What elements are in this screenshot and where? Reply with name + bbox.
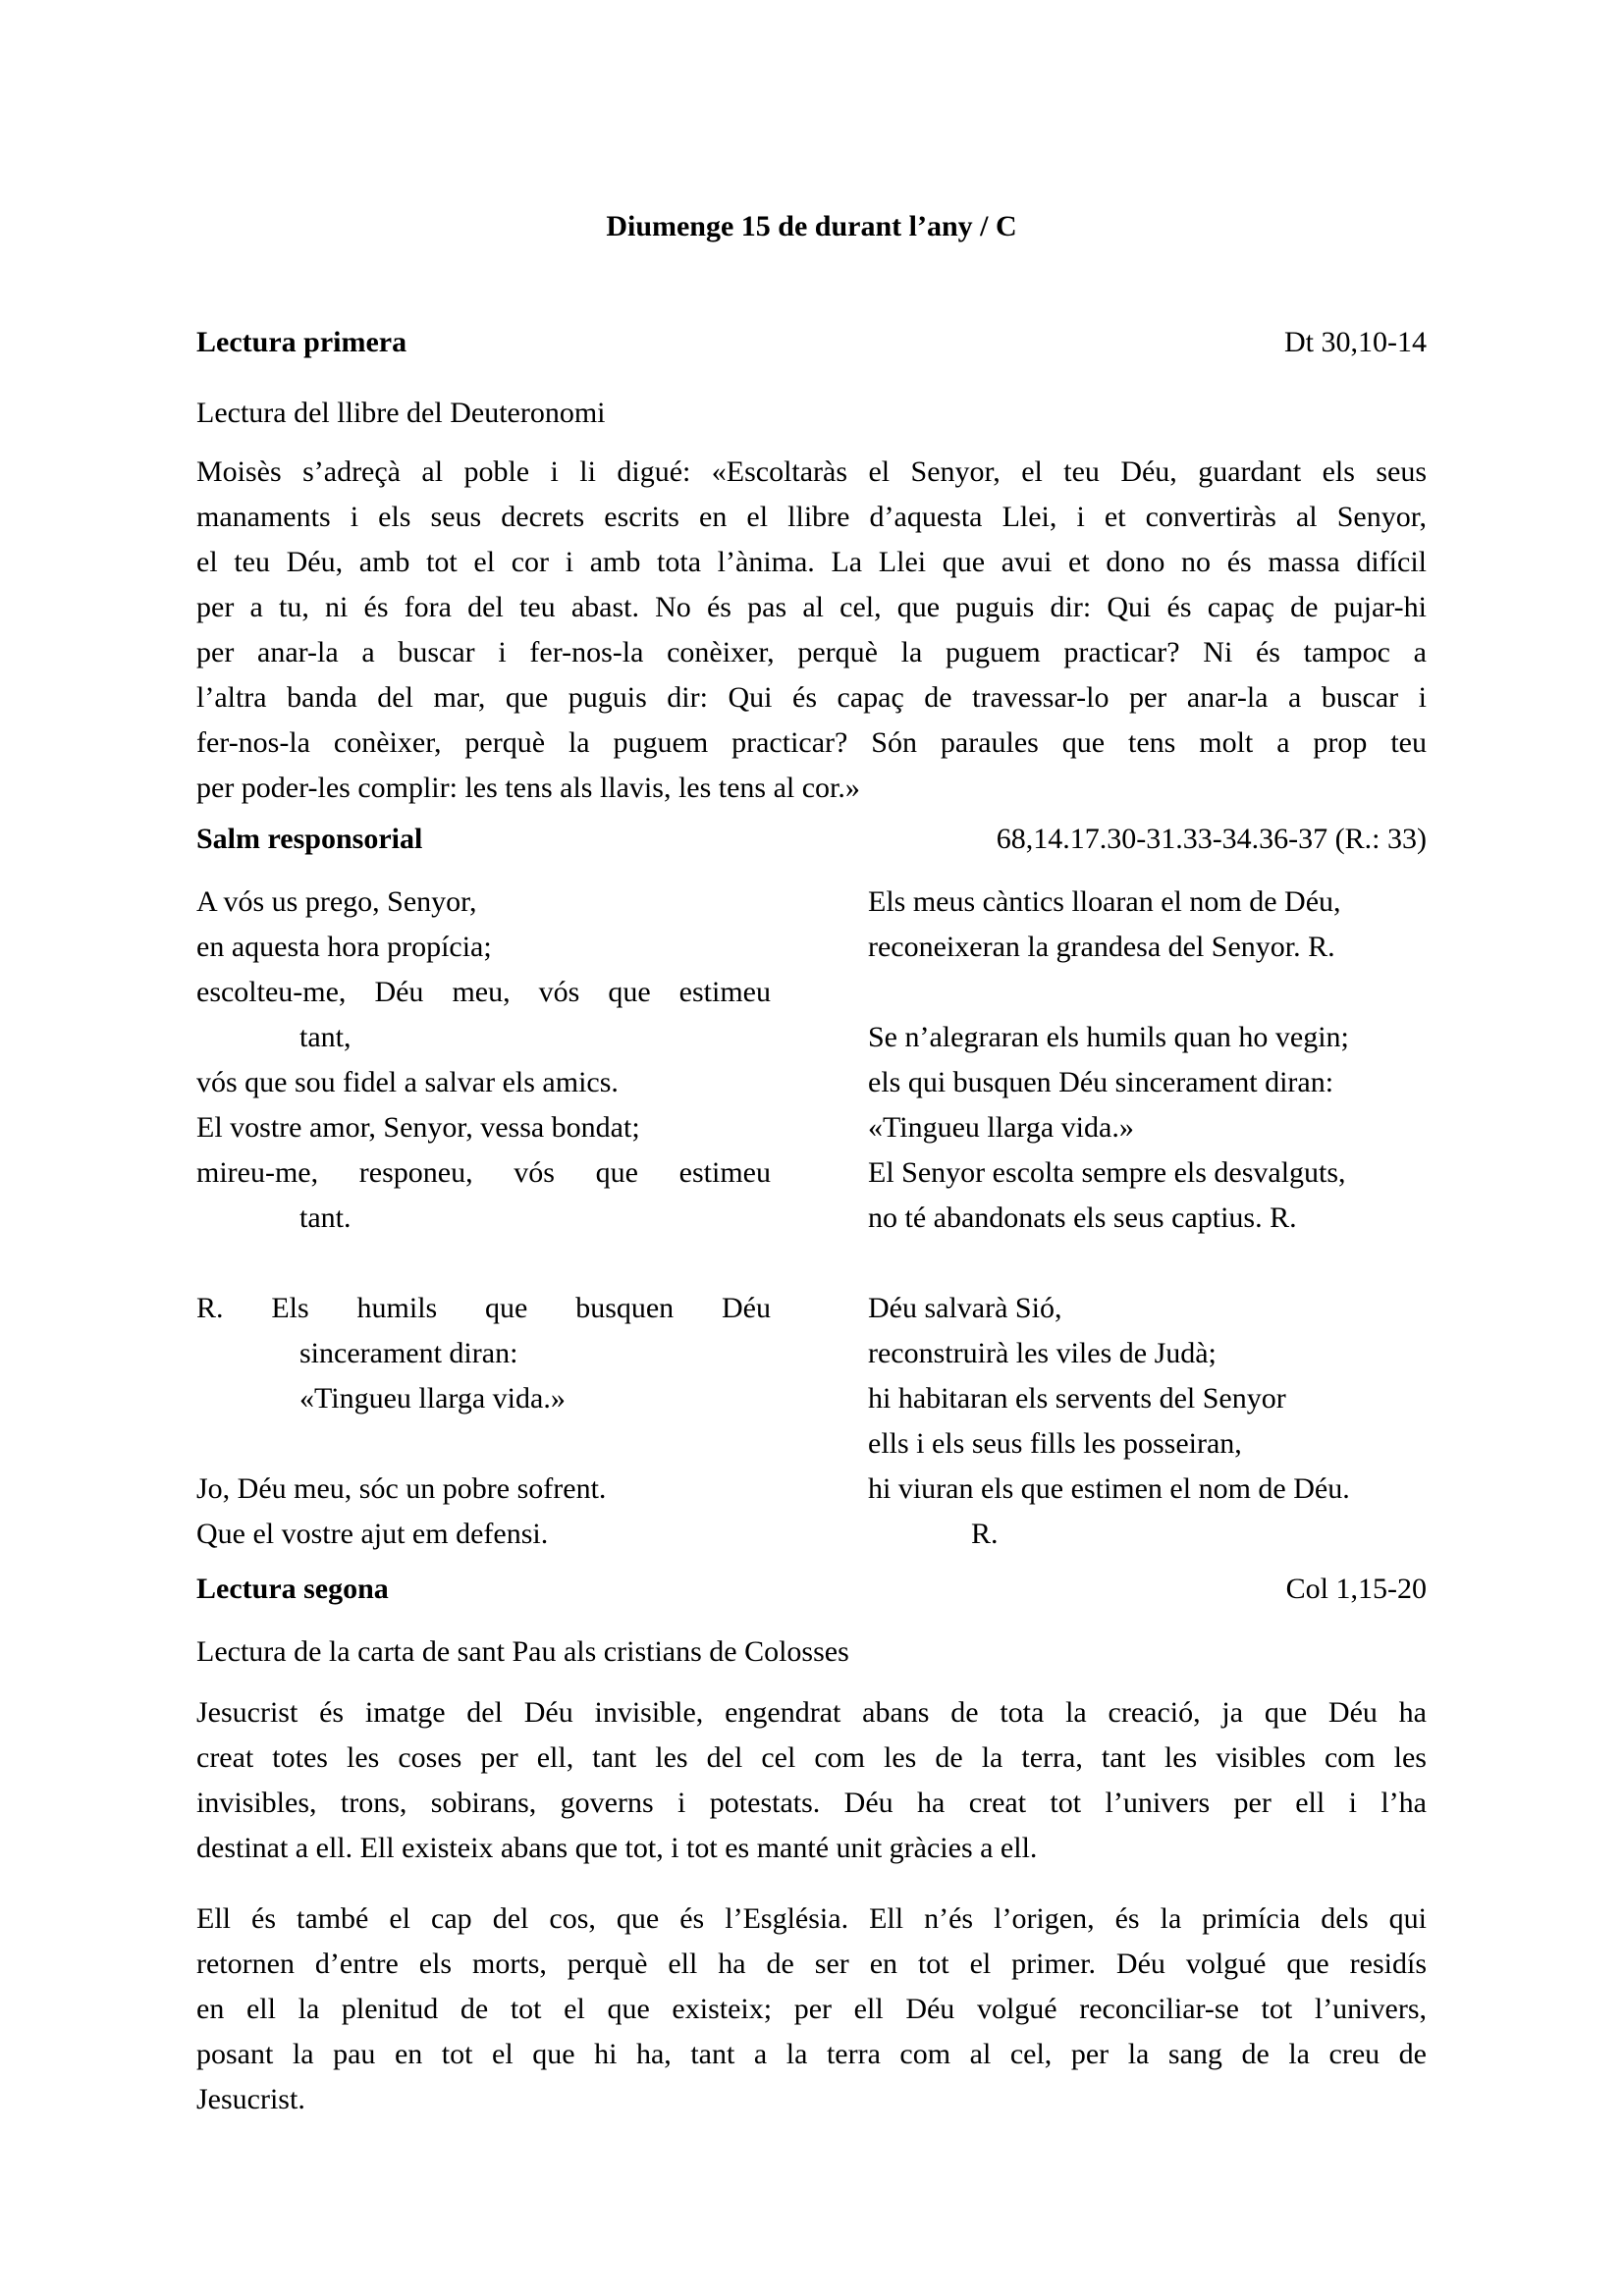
paragraph-line: Jesucrist. — [196, 2077, 1427, 2122]
paragraph-line: per anar-la a buscar i fer-nos-la conèix… — [196, 630, 1427, 675]
paragraph-line: l’altra banda del mar, que puguis dir: Q… — [196, 675, 1427, 721]
psalm-line: escolteu-me, Déu meu, vós que estimeu — [196, 970, 771, 1015]
paragraph-line: destinat a ell. Ell existeix abans que t… — [196, 1826, 1427, 1871]
psalm-line: en aquesta hora propícia; — [196, 925, 771, 970]
psalm-line: sincerament diran: — [196, 1331, 771, 1376]
psalm-line: «Tingueu llarga vida.» — [868, 1105, 1427, 1150]
paragraph-line: Ell és també el cap del cos, que és l’Es… — [196, 1896, 1427, 1942]
paragraph-line: per poder-les complir: les tens als llav… — [196, 766, 1427, 811]
psalm-line: tant, — [196, 1015, 771, 1060]
psalm-stanza: Jo, Déu meu, sóc un pobre sofrent.Que el… — [196, 1467, 771, 1557]
psalm-heading-row: Salm responsorial 68,14.17.30-31.33-34.3… — [196, 817, 1427, 862]
psalm-line: vós que sou fidel a salvar els amics. — [196, 1060, 771, 1105]
psalm-line: El Senyor escolta sempre els desvalguts, — [868, 1150, 1427, 1196]
paragraph-line: Jesucrist és imatge del Déu invisible, e… — [196, 1690, 1427, 1735]
paragraph-line: fer-nos-la conèixer, perquè la puguem pr… — [196, 721, 1427, 766]
paragraph-line: en ell la plenitud de tot el que existei… — [196, 1987, 1427, 2032]
second-reading-paragraph-1: Jesucrist és imatge del Déu invisible, e… — [196, 1690, 1427, 1871]
first-reading-reference: Dt 30,10-14 — [1284, 320, 1427, 365]
psalm-line: «Tingueu llarga vida.» — [196, 1376, 771, 1421]
psalm-stanza: Déu salvarà Sió,reconstruirà les viles d… — [868, 1286, 1427, 1557]
paragraph-line: retornen d’entre els morts, perquè ell h… — [196, 1942, 1427, 1987]
psalm-line: hi viuran els que estimen el nom de Déu. — [868, 1467, 1427, 1512]
first-reading-heading: Lectura primera — [196, 320, 406, 365]
second-reading-source-line: Lectura de la carta de sant Pau als cris… — [196, 1629, 1427, 1675]
psalm-stanza: Els meus càntics lloaran el nom de Déu,r… — [868, 880, 1427, 970]
psalm-line: R. Els humils que busquen Déu — [196, 1286, 771, 1331]
psalm-reference: 68,14.17.30-31.33-34.36-37 (R.: 33) — [997, 817, 1427, 862]
psalm-line: Déu salvarà Sió, — [868, 1286, 1427, 1331]
first-reading-heading-row: Lectura primera Dt 30,10-14 — [196, 320, 1427, 365]
second-reading-heading: Lectura segona — [196, 1567, 389, 1612]
psalm-line: Jo, Déu meu, sóc un pobre sofrent. — [196, 1467, 771, 1512]
paragraph-line: el teu Déu, amb tot el cor i amb tota l’… — [196, 540, 1427, 585]
paragraph-line: manaments i els seus decrets escrits en … — [196, 495, 1427, 540]
paragraph-line: Moisès s’adreçà al poble i li digué: «Es… — [196, 450, 1427, 495]
psalm-line: tant. — [196, 1196, 771, 1241]
psalm-column-right: Els meus càntics lloaran el nom de Déu,r… — [868, 880, 1427, 1557]
psalm-line: els qui busquen Déu sincerament diran: — [868, 1060, 1427, 1105]
psalm-line: A vós us prego, Senyor, — [196, 880, 771, 925]
psalm-stanza: Se n’alegraran els humils quan ho vegin;… — [868, 1015, 1427, 1241]
second-reading-reference: Col 1,15-20 — [1286, 1567, 1427, 1612]
paragraph-line: invisibles, trons, sobirans, governs i p… — [196, 1781, 1427, 1826]
psalm-line: El vostre amor, Senyor, vessa bondat; — [196, 1105, 771, 1150]
psalm-stanza: R. Els humils que busquen Déusincerament… — [196, 1286, 771, 1421]
paragraph-line: creat totes les coses per ell, tant les … — [196, 1735, 1427, 1781]
psalm-line: R. — [868, 1512, 1427, 1557]
psalm-line: mireu-me, responeu, vós que estimeu — [196, 1150, 771, 1196]
psalm-line: Se n’alegraran els humils quan ho vegin; — [868, 1015, 1427, 1060]
psalm-line: reconstruirà les viles de Judà; — [868, 1331, 1427, 1376]
psalm-heading: Salm responsorial — [196, 817, 422, 862]
psalm-line: no té abandonats els seus captius. R. — [868, 1196, 1427, 1241]
first-reading-source-line: Lectura del llibre del Deuteronomi — [196, 391, 1427, 436]
second-reading-paragraph-2: Ell és també el cap del cos, que és l’Es… — [196, 1896, 1427, 2122]
psalm-line: ells i els seus fills les posseiran, — [868, 1421, 1427, 1467]
psalm-line: Els meus càntics lloaran el nom de Déu, — [868, 880, 1427, 925]
psalm-column-left: A vós us prego, Senyor,en aquesta hora p… — [196, 880, 771, 1557]
psalm-line: hi habitaran els servents del Senyor — [868, 1376, 1427, 1421]
psalm-line: Que el vostre ajut em defensi. — [196, 1512, 771, 1557]
psalm-line: reconeixeran la grandesa del Senyor. R. — [868, 925, 1427, 970]
psalm-stanza: A vós us prego, Senyor,en aquesta hora p… — [196, 880, 771, 1241]
first-reading-paragraph: Moisès s’adreçà al poble i li digué: «Es… — [196, 450, 1427, 811]
document-page: Diumenge 15 de durant l’any / C Lectura … — [0, 0, 1624, 2296]
paragraph-line: per a tu, ni és fora del teu abast. No é… — [196, 585, 1427, 630]
page-title: Diumenge 15 de durant l’any / C — [196, 204, 1427, 249]
paragraph-line: posant la pau en tot el que hi ha, tant … — [196, 2032, 1427, 2077]
second-reading-heading-row: Lectura segona Col 1,15-20 — [196, 1567, 1427, 1612]
